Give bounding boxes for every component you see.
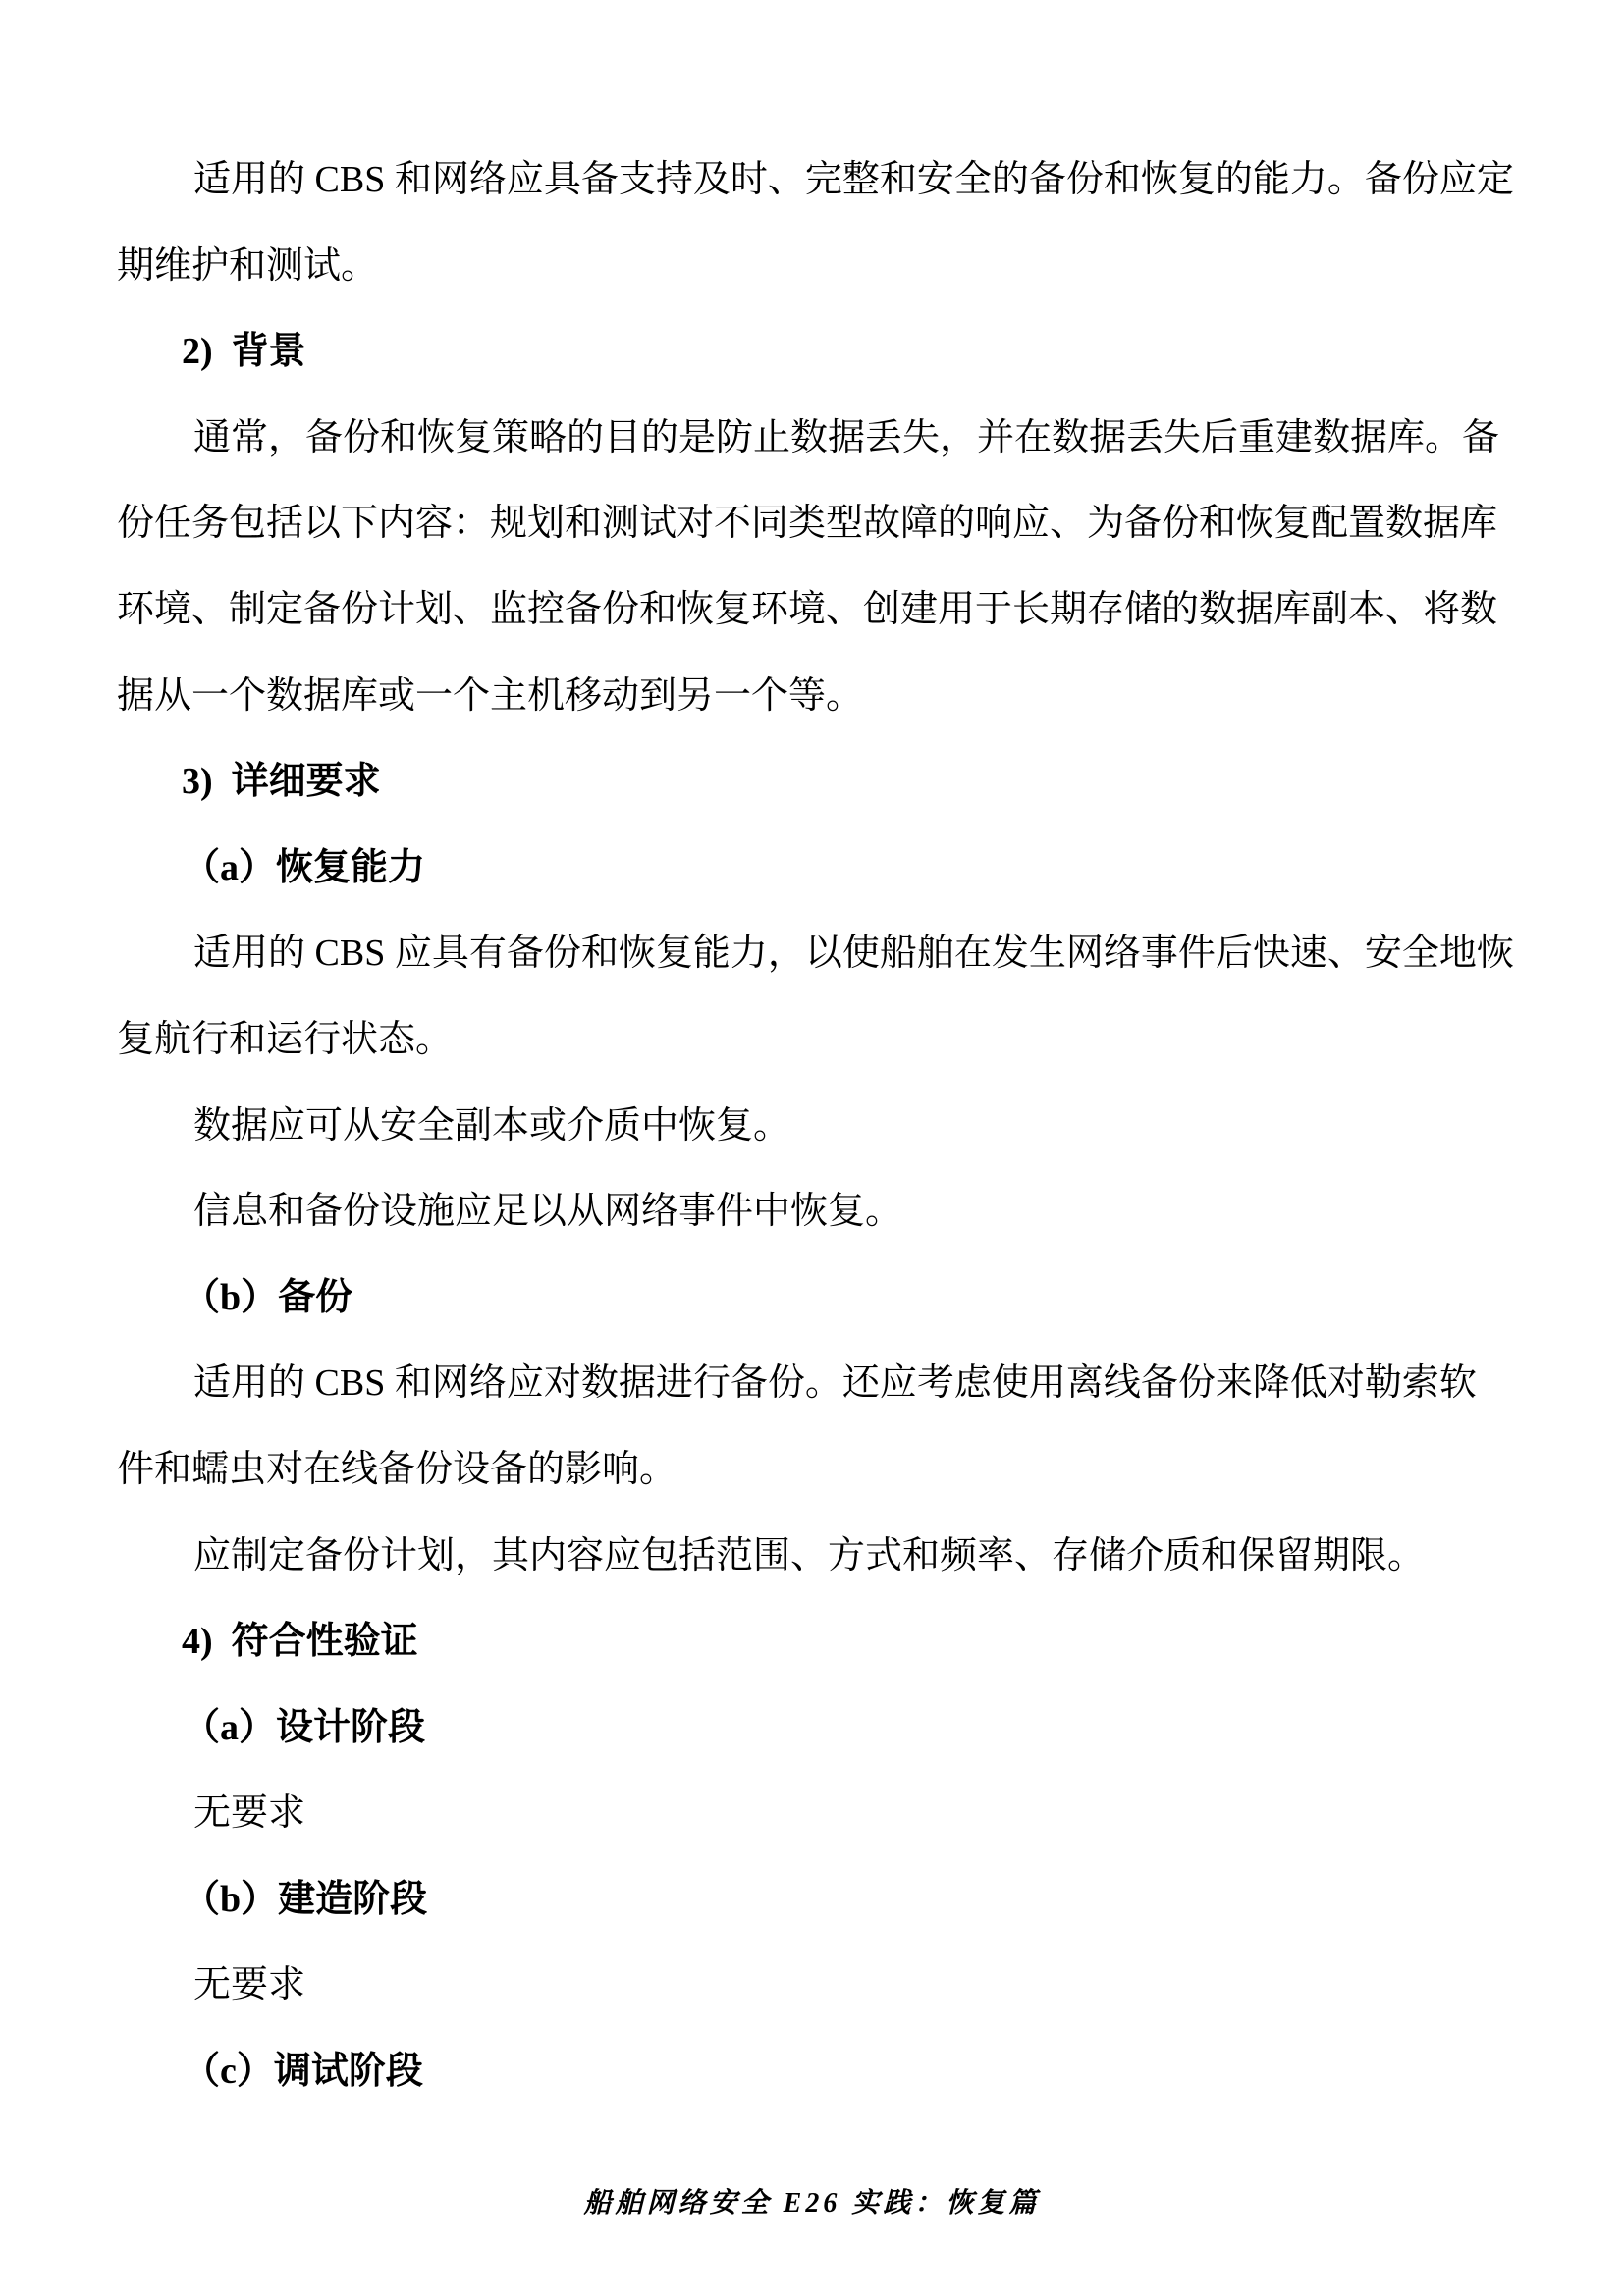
paragraph-line: 数据应可从安全副本或介质中恢复。 xyxy=(0,1084,1624,1170)
page-footer: 船舶网络安全 E26 实践：恢复篇 xyxy=(0,2181,1624,2220)
paragraph-line: 份任务包括以下内容：规划和测试对不同类型故障的响应、为备份和恢复配置数据库 xyxy=(0,481,1624,567)
paragraph-line: 件和蠕虫对在线备份设备的影响。 xyxy=(0,1427,1624,1514)
paragraph-line: 无要求 xyxy=(0,1943,1624,2029)
paragraph-line: 期维护和测试。 xyxy=(0,224,1624,310)
document-page: 适用的 CBS 和网络应具备支持及时、完整和安全的备份和恢复的能力。备份应定 期… xyxy=(0,0,1624,2296)
heading-compliance-verification: 4) 符合性验证 xyxy=(0,1599,1624,1685)
paragraph-line: 复航行和运行状态。 xyxy=(0,997,1624,1084)
heading-detailed-requirements: 3) 详细要求 xyxy=(0,739,1624,826)
document-body: 适用的 CBS 和网络应具备支持及时、完整和安全的备份和恢复的能力。备份应定 期… xyxy=(0,137,1624,2115)
paragraph-line: 无要求 xyxy=(0,1771,1624,1857)
heading-recovery-capability: （a）恢复能力 xyxy=(0,826,1624,912)
paragraph-line: 通常，备份和恢复策略的目的是防止数据丢失，并在数据丢失后重建数据库。备 xyxy=(0,396,1624,482)
heading-background: 2) 背景 xyxy=(0,309,1624,396)
paragraph-line: 适用的 CBS 应具有备份和恢复能力，以使船舶在发生网络事件后快速、安全地恢 xyxy=(0,911,1624,997)
paragraph-line: 信息和备份设施应足以从网络事件中恢复。 xyxy=(0,1169,1624,1255)
paragraph-line: 适用的 CBS 和网络应对数据进行备份。还应考虑使用离线备份来降低对勒索软 xyxy=(0,1341,1624,1427)
paragraph-line: 应制定备份计划，其内容应包括范围、方式和频率、存储介质和保留期限。 xyxy=(0,1514,1624,1600)
paragraph-line: 环境、制定备份计划、监控备份和恢复环境、创建用于长期存储的数据库副本、将数 xyxy=(0,567,1624,654)
paragraph-line: 适用的 CBS 和网络应具备支持及时、完整和安全的备份和恢复的能力。备份应定 xyxy=(0,137,1624,224)
heading-construction-phase: （b）建造阶段 xyxy=(0,1857,1624,1944)
heading-backup: （b）备份 xyxy=(0,1255,1624,1342)
heading-design-phase: （a）设计阶段 xyxy=(0,1685,1624,1772)
paragraph-line: 据从一个数据库或一个主机移动到另一个等。 xyxy=(0,654,1624,740)
heading-commissioning-phase: （c）调试阶段 xyxy=(0,2029,1624,2115)
